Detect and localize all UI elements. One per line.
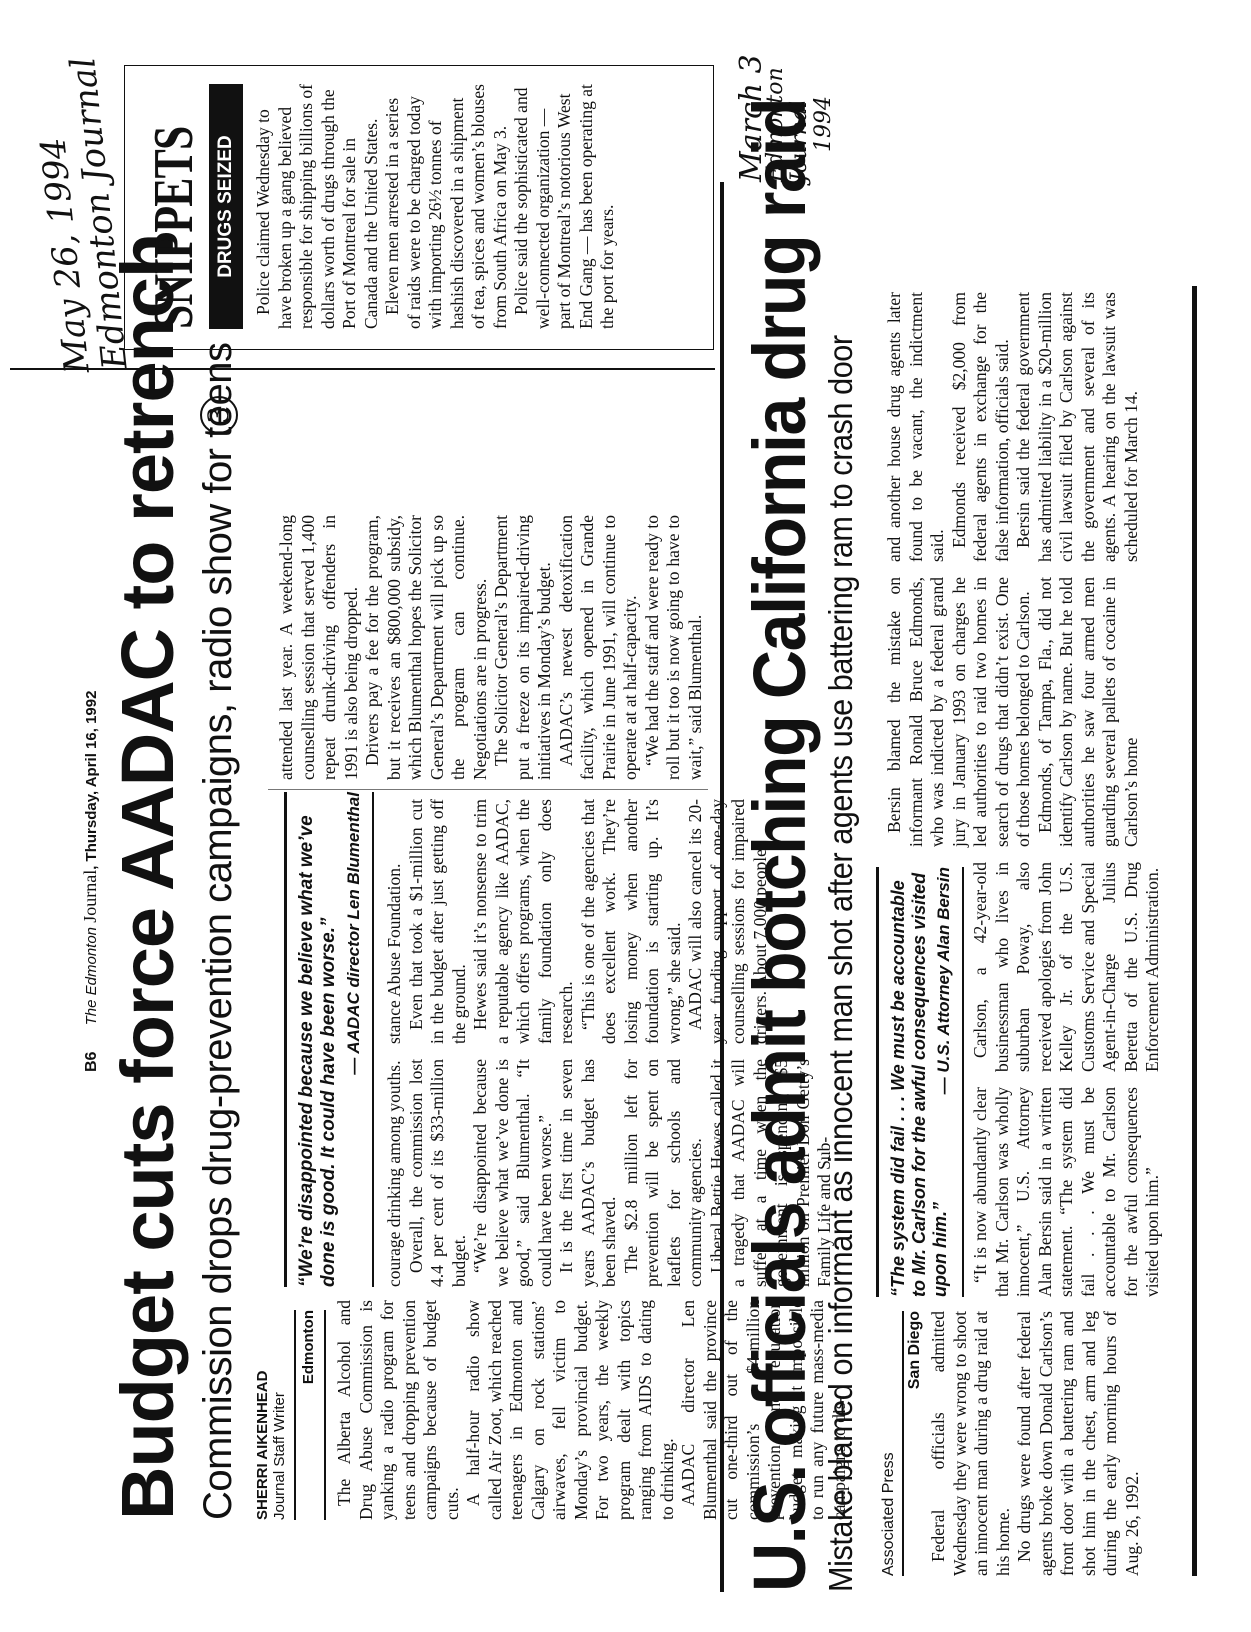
aadac-column-4: attended last year. A weekend-long couns… bbox=[276, 515, 706, 780]
california-subhead: Mistake blamed on informant as innocent … bbox=[822, 335, 860, 1592]
snippets-body: Police claimed Wednesday to have broken … bbox=[253, 84, 619, 329]
paragraph: “It is now abundantly clear that Mr. Car… bbox=[970, 1087, 1164, 1297]
byline-title: Journal Staff Writer bbox=[271, 1310, 288, 1520]
handwritten-annotation-2: March 3 Edmonton Journal 1994 bbox=[740, 22, 836, 182]
paragraph: No drugs were found after federal agents… bbox=[1014, 1311, 1143, 1576]
paragraph: Even that took a $1-million cut in the b… bbox=[406, 799, 471, 1044]
byline-rule bbox=[294, 1310, 296, 1520]
paragraph: AADAC’s newest detoxification facility, … bbox=[556, 515, 642, 780]
paper-name: Journal bbox=[80, 870, 100, 923]
story-separator-rule bbox=[720, 182, 724, 1592]
paragraph: It is the first time in seven years AADA… bbox=[556, 1059, 621, 1287]
paragraph: and another house drug agents later foun… bbox=[884, 292, 949, 562]
aadac-byline: SHERRI AIKENHEAD Journal Staff Writer bbox=[254, 1310, 288, 1520]
ap-byline-rule bbox=[902, 1311, 904, 1576]
snippets-label: DRUGS SEIZED bbox=[209, 84, 243, 329]
annotation-line: March 3 bbox=[740, 22, 764, 182]
pullquote-top-rule bbox=[284, 792, 287, 1287]
paragraph: Bersin blamed the mistake on informant R… bbox=[884, 577, 1035, 847]
snippets-box: SNIPPETS DRUGS SEIZED Police claimed Wed… bbox=[124, 65, 714, 350]
column-divider bbox=[268, 789, 708, 790]
paragraph: Police said the sophisticated and well-c… bbox=[511, 84, 619, 329]
byline-name: SHERRI AIKENHEAD bbox=[254, 1310, 271, 1520]
pullquote-bottom-rule bbox=[372, 792, 374, 1287]
california-column-4: Bersin blamed the mistake on informant R… bbox=[884, 577, 1142, 847]
paragraph: Federal officials admitted Wednesday the… bbox=[928, 1311, 1014, 1576]
paragraph: Edmonds received $2,000 from federal age… bbox=[949, 292, 1014, 562]
california-headline: U.S. officials admit botching California… bbox=[740, 99, 820, 1592]
paragraph: stance Abuse Foundation. bbox=[384, 799, 406, 1044]
snippets-divider bbox=[10, 368, 715, 370]
bottom-edge-rule bbox=[1192, 286, 1197, 1576]
california-column-3: Carlson, a 42-year-old businessman who l… bbox=[970, 862, 1164, 1072]
paragraph: “We’re disappointed because we believe w… bbox=[470, 1059, 556, 1287]
page-header: B6 The Edmonton Journal, Thursday, April… bbox=[80, 691, 101, 1072]
paragraph: The Alberta Alcohol and Drug Abuse Commi… bbox=[334, 1300, 463, 1520]
california-column-2: “It is now abundantly clear that Mr. Car… bbox=[970, 1087, 1164, 1297]
paragraph: Carlson, a 42-year-old businessman who l… bbox=[970, 862, 1164, 1072]
dateline-rule bbox=[324, 1310, 326, 1520]
paragraph: Drivers pay a fee for the program, but i… bbox=[362, 515, 491, 780]
aadac-subhead: Commission drops drug-prevention campaig… bbox=[196, 343, 240, 1520]
snippets-title: SNIPPETS bbox=[145, 126, 203, 329]
paper-prefix: The Edmonton bbox=[83, 927, 100, 1025]
circled-annotation: 3 bbox=[200, 396, 238, 434]
ca-pullquote-top-rule bbox=[876, 867, 879, 1297]
paragraph: Overall, the commission lost 4.4 per cen… bbox=[406, 1059, 471, 1287]
aadac-headline: Budget cuts force AADAC to retrench bbox=[108, 380, 188, 1520]
aadac-dateline: Edmonton bbox=[300, 1310, 317, 1520]
page-number: B6 bbox=[83, 1052, 100, 1072]
california-byline: Associated Press bbox=[880, 1452, 898, 1576]
header-date: , Thursday, April 16, 1992 bbox=[83, 691, 100, 870]
aadac-pull-quote: “We’re disappointed because we believe w… bbox=[296, 792, 340, 1287]
annotation-line: Journal bbox=[788, 22, 812, 182]
california-column-1: Federal officials admitted Wednesday the… bbox=[928, 1311, 1143, 1576]
paragraph: “This is one of the agencies that does e… bbox=[578, 799, 686, 1044]
ca-pullquote-bottom-rule bbox=[962, 867, 964, 1297]
california-dateline: San Diego bbox=[906, 1311, 924, 1576]
paragraph: Bersin said the federal government has a… bbox=[1013, 292, 1142, 562]
newspaper-clipping-page: May 26, 1994 Edmonton Journal B6 The Edm… bbox=[0, 0, 1251, 1632]
paragraph: The Solicitor General’s Department put a… bbox=[491, 515, 556, 780]
paragraph: courage drinking among youths. bbox=[384, 1059, 406, 1287]
aadac-pull-quote-attribution: — AADAC director Len Blumenthal bbox=[344, 792, 364, 1287]
paragraph: “We had the staff and were ready to roll… bbox=[642, 515, 707, 780]
paragraph: Hewes said it’s nonsense to trim a reput… bbox=[470, 799, 578, 1044]
paragraph: The $2.8 million left for prevention wil… bbox=[621, 1059, 707, 1287]
paragraph: A half-hour radio show called Air Zoot, … bbox=[463, 1300, 678, 1520]
paragraph: Police claimed Wednesday to have broken … bbox=[253, 84, 382, 329]
california-column-5: and another house drug agents later foun… bbox=[884, 292, 1142, 562]
california-pull-quote-attribution: — U.S. Attorney Alan Bersin bbox=[934, 867, 954, 1297]
annotation-line: Edmonton bbox=[764, 22, 788, 182]
paragraph: Eleven men arrested in a series of raids… bbox=[382, 84, 511, 329]
paragraph: attended last year. A weekend-long couns… bbox=[276, 515, 362, 780]
paragraph: Edmonds, of Tampa, Fla., did not identif… bbox=[1035, 577, 1143, 847]
annotation-line: 1994 bbox=[812, 22, 836, 182]
aadac-column-3: stance Abuse Foundation. Even that took … bbox=[384, 799, 771, 1044]
